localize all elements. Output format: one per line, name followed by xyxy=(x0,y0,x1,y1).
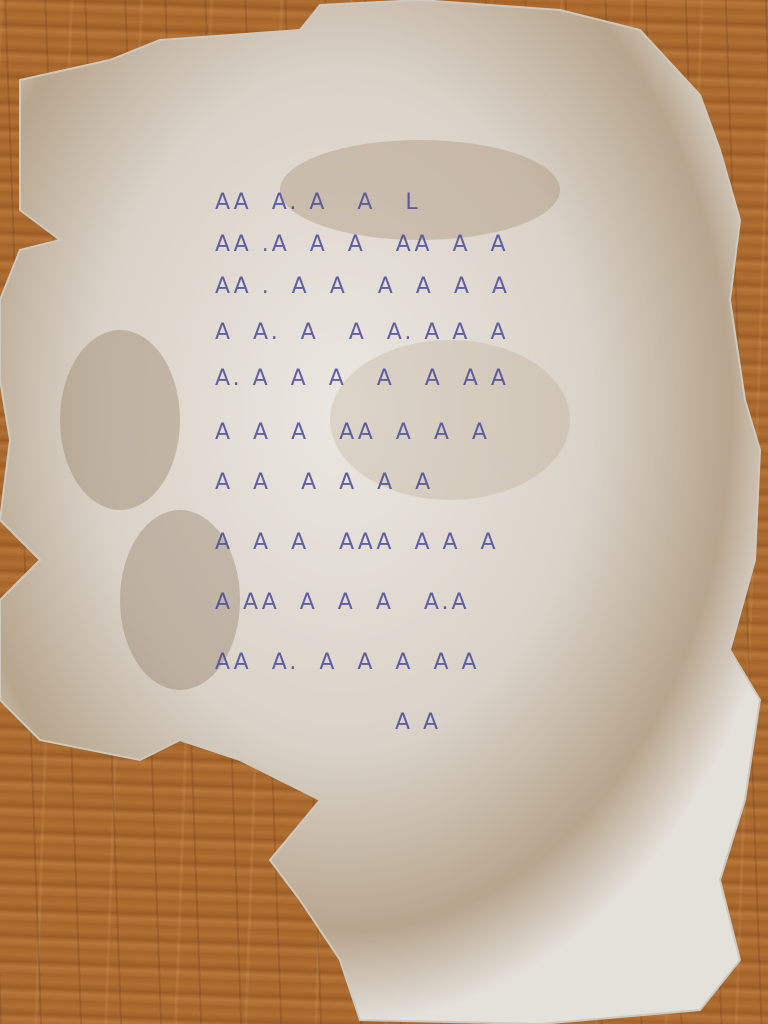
glyph-row: A A A A A A xyxy=(215,470,433,495)
glyph-row: A. A A A A A A A xyxy=(215,366,509,391)
glyph-row: A A A AAA A A A xyxy=(215,530,499,555)
glyph-row: AA A. A A L xyxy=(215,190,421,215)
glyph-row: AA . A A A A A A xyxy=(215,274,510,299)
glyph-row: A A. A A A. A A A xyxy=(215,320,509,345)
glyph-row: A A A AA A A A xyxy=(215,420,490,445)
glyph-row: AA A. A A A A A xyxy=(215,650,480,675)
glyph-row: A A xyxy=(395,710,441,735)
handwritten-glyphs: AA A. A A L AA .A A A AA A A AA . A A A … xyxy=(215,190,595,750)
scene-description: Weathered, torn, stained sheet of handma… xyxy=(0,0,1,1)
glyph-row: A AA A A A A.A xyxy=(215,590,470,615)
glyph-row: AA .A A A AA A A xyxy=(215,232,509,257)
